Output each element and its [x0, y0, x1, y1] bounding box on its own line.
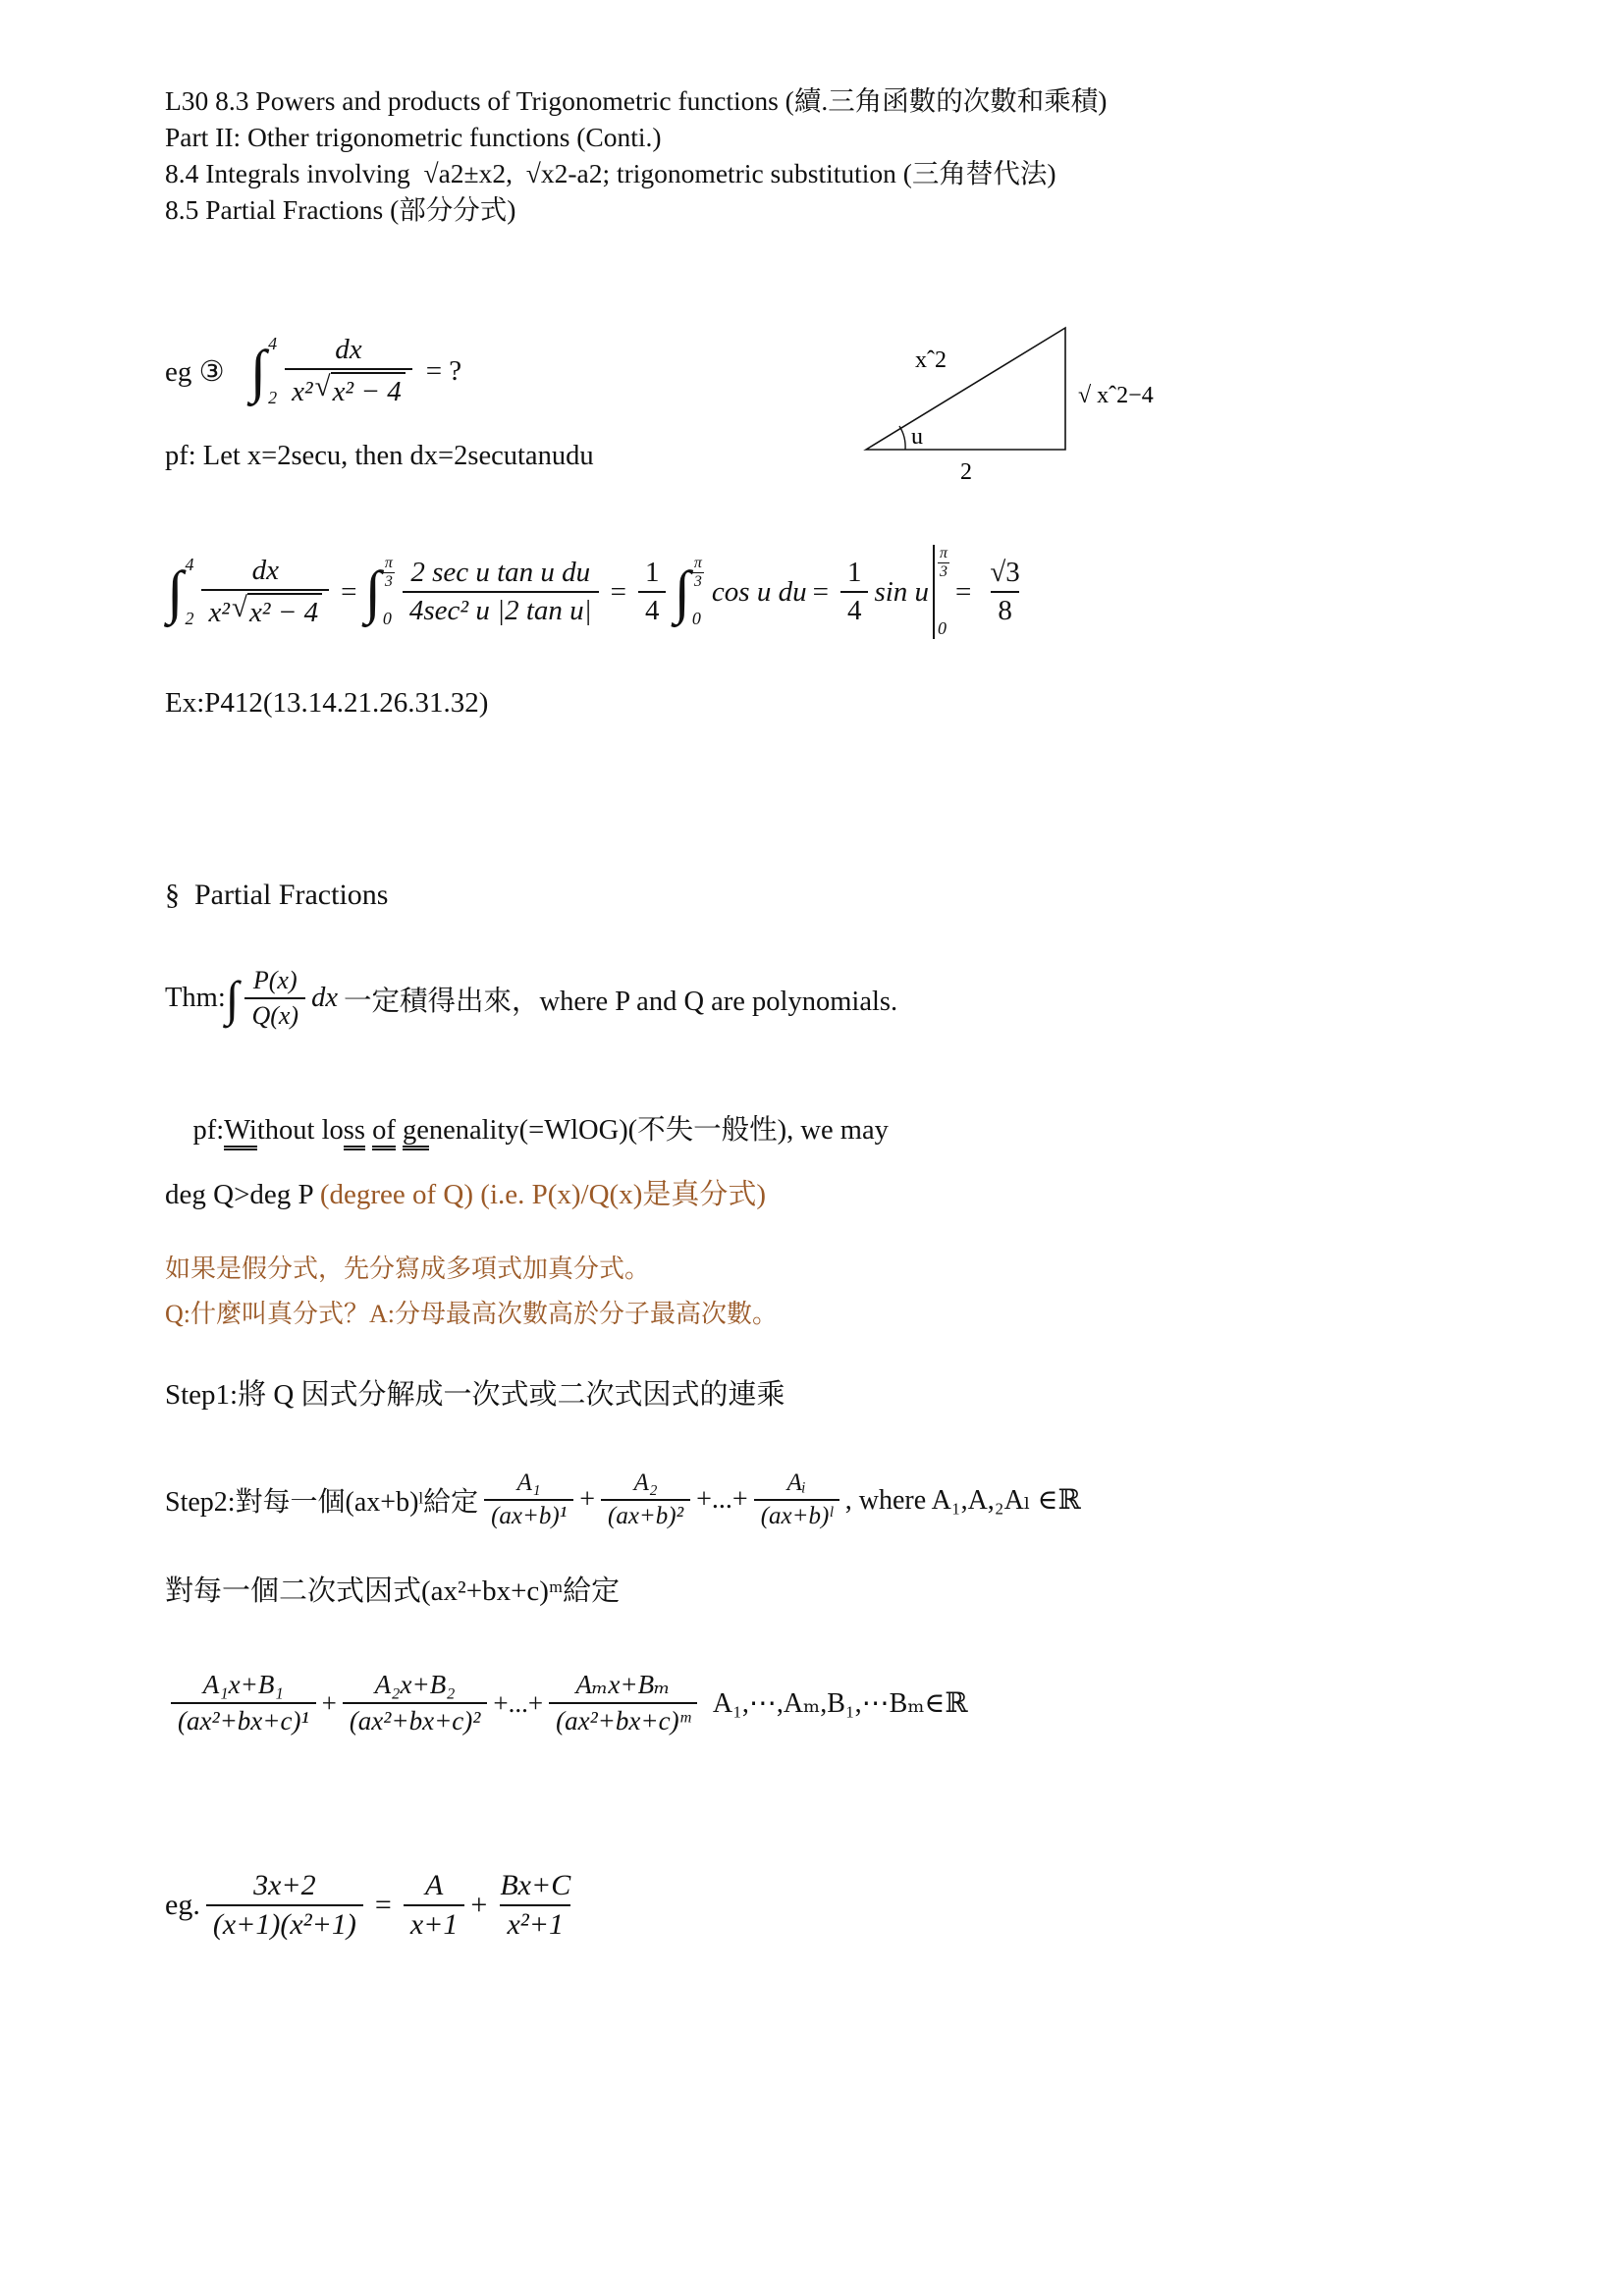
- numerator: A₁: [511, 1469, 548, 1499]
- pi: π: [940, 545, 947, 562]
- denominator: (ax²+bx+c)ᵐ: [549, 1702, 697, 1736]
- numerator: √3: [983, 557, 1026, 591]
- lower-eval-limit: 0: [938, 618, 949, 639]
- numerator: 2 sec u tan u du: [404, 557, 597, 591]
- numerator: dx: [245, 555, 286, 589]
- upper-limit: 4: [185, 555, 193, 575]
- wlog-underlined: ss: [344, 1115, 365, 1150]
- degree-condition: deg Q>deg P: [165, 1179, 320, 1210]
- opposite-side-label: √ xˆ2−4: [1078, 383, 1154, 408]
- upper-limit-pi-over-3: π 3: [692, 555, 704, 590]
- denominator: 4: [840, 591, 869, 627]
- wlog-underlined: ge: [403, 1115, 429, 1150]
- denominator: Q(x): [244, 997, 305, 1031]
- note-improper-fraction: 如果是假分式，先分寫成多項式加真分式。: [165, 1249, 650, 1285]
- note-proper-fraction-definition: Q:什麼叫真分式？A:分母最高次數高於分子最高次數。: [165, 1294, 778, 1330]
- wlog-seg: thout lo: [257, 1115, 344, 1146]
- lhs-fraction: dx x² √ x² − 4: [201, 555, 329, 629]
- denominator: (ax²+bx+c)¹: [171, 1702, 316, 1736]
- integral-sign: ∫ 4 2: [250, 334, 277, 408]
- reference-triangle-diagram: xˆ2 u 2 √ xˆ2−4: [854, 306, 1188, 488]
- second-partial-term: Bx+C x²+1: [493, 1869, 577, 1942]
- integral-lower-limit: 2: [268, 388, 277, 408]
- equals: =: [341, 576, 356, 609]
- partial-term-2: A₂ (ax+b)²: [601, 1469, 690, 1530]
- integral-sign: ∫ 4 2: [167, 555, 193, 629]
- evaluation-bar: π 3 0: [933, 545, 949, 639]
- quad-term-2: A₂x+B₂ (ax²+bx+c)²: [343, 1670, 488, 1736]
- first-partial-term: A x+1: [404, 1869, 465, 1942]
- denominator-prefix: x²: [208, 597, 230, 629]
- quad-term-last: Aₘx+Bₘ (ax²+bx+c)ᵐ: [549, 1670, 697, 1736]
- upper-limit-pi-over-3: π 3: [383, 555, 395, 590]
- cos-term: cos u du: [712, 576, 807, 609]
- header-line-2: Part II: Other trigonometric functions (…: [165, 119, 1441, 155]
- integral-sign: ∫: [226, 978, 240, 1020]
- numerator: 1: [840, 557, 869, 591]
- theorem-line: Thm: ∫ P(x) Q(x) dx 一定積得出來，where P and Q…: [165, 954, 897, 1042]
- numerator: Aᵢ: [781, 1469, 813, 1499]
- plus-ellipsis: +...+: [696, 1484, 748, 1516]
- example-label: eg.: [165, 1889, 200, 1922]
- example3-label: eg ③: [165, 354, 225, 389]
- header-block: L30 8.3 Powers and products of Trigonome…: [165, 82, 1441, 228]
- one-quarter-fraction: 1 4: [840, 557, 869, 627]
- radical-sign: √: [315, 373, 331, 401]
- equals: =: [955, 576, 971, 609]
- wlog-line: pf:Without loss of genenality(=WlOG)(不失一…: [165, 1076, 889, 1179]
- one-quarter-fraction: 1 4: [638, 557, 667, 627]
- dx-term: dx: [311, 983, 338, 1014]
- fraction-numerator: dx: [328, 334, 368, 368]
- header-line-1: L30 8.3 Powers and products of Trigonome…: [165, 82, 1441, 119]
- denominator: (ax²+bx+c)²: [343, 1702, 488, 1736]
- hypotenuse-label: xˆ2: [915, 347, 947, 373]
- substituted-fraction: 2 sec u tan u du 4sec² u |2 tan u|: [403, 557, 599, 627]
- radicand: x² − 4: [247, 593, 322, 629]
- plus-ellipsis: +...+: [493, 1688, 543, 1719]
- pi: π: [694, 555, 702, 572]
- result-fraction: √3 8: [983, 557, 1026, 627]
- plus: +: [579, 1484, 595, 1516]
- denominator-prefix: x²: [292, 376, 313, 408]
- denominator: x+1: [404, 1904, 465, 1942]
- denominator: (ax+b)¹: [484, 1499, 573, 1530]
- wlog-seg: nenality(=WlOG)(不失一般性), we may: [429, 1115, 889, 1146]
- proof-substitution-line: pf: Let x=2secu, then dx=2secutanudu: [165, 438, 594, 474]
- original-fraction: 3x+2 (x+1)(x²+1): [206, 1869, 363, 1942]
- lower-limit: 0: [383, 609, 395, 629]
- wlog-seg: [396, 1115, 403, 1146]
- denominator: 4: [638, 591, 667, 627]
- numerator: A₂: [627, 1469, 665, 1499]
- numerator: Bx+C: [493, 1869, 577, 1904]
- three: 3: [383, 572, 395, 591]
- step1-line: Step1:將 Q 因式分解成一次式或二次式因式的連乘: [165, 1372, 785, 1413]
- three: 3: [938, 562, 949, 581]
- wlog-seg: pf:: [193, 1115, 225, 1146]
- vertical-bar: [933, 545, 935, 639]
- denominator: 8: [991, 591, 1019, 627]
- radicand: x² − 4: [331, 372, 406, 408]
- numerator: A₁x+B₁: [196, 1670, 291, 1702]
- degree-condition-line: deg Q>deg P (degree of Q) (i.e. P(x)/Q(x…: [165, 1172, 766, 1212]
- quadratic-factor-intro: 對每一個二次式因式(ax²+bx+c)ᵐ給定: [165, 1569, 620, 1609]
- plus: +: [322, 1688, 337, 1719]
- sqrt-expression: √ x² − 4: [232, 593, 322, 629]
- quadratic-partial-fraction-formula: A₁x+B₁ (ax²+bx+c)¹ + A₂x+B₂ (ax²+bx+c)² …: [165, 1649, 968, 1757]
- numerator: A₂x+B₂: [368, 1670, 462, 1702]
- partial-term-last: Aᵢ (ax+b)ˡ: [754, 1469, 839, 1530]
- header-line-4: 8.5 Partial Fractions (部分分式): [165, 191, 1441, 228]
- numerator: P(x): [246, 966, 304, 997]
- equals-question: = ?: [426, 355, 461, 388]
- pi: π: [385, 555, 393, 572]
- main-equation: ∫ 4 2 dx x² √ x² − 4 = ∫ π 3: [165, 528, 1033, 656]
- base-label: 2: [960, 459, 972, 485]
- lower-limit: 0: [692, 609, 704, 629]
- theorem-statement: 一定積得出來，where P and Q are polynomials.: [344, 979, 897, 1019]
- integrand-fraction: dx x² √ x² − 4: [285, 334, 412, 408]
- wlog-seg: [365, 1115, 372, 1146]
- partial-term-1: A₁ (ax+b)¹: [484, 1469, 573, 1530]
- example3-formula: eg ③ ∫ 4 2 dx x² √ x² − 4 = ?: [165, 322, 461, 420]
- denominator: (ax+b)ˡ: [754, 1499, 839, 1530]
- step2-formula: Step2:對每一個(ax+b)ˡ給定 A₁ (ax+b)¹ + A₂ (ax+…: [165, 1451, 1081, 1549]
- denominator: (x+1)(x²+1): [206, 1904, 363, 1942]
- step2-suffix: , where A₁,A,₂Aₗ ∈ℝ: [845, 1483, 1081, 1517]
- example-decomposition: eg. 3x+2 (x+1)(x²+1) = A x+1 + Bx+C x²+1: [165, 1851, 583, 1959]
- sqrt-expression: √ x² − 4: [315, 372, 406, 408]
- integral-upper-limit: 4: [268, 334, 277, 354]
- numerator: 3x+2: [246, 1869, 323, 1904]
- denominator: 4sec² u |2 tan u|: [403, 591, 599, 627]
- equals: =: [611, 576, 626, 609]
- degree-annotation: (degree of Q) (i.e. P(x)/Q(x)是真分式): [320, 1179, 766, 1210]
- triangle-shape: [866, 328, 1065, 450]
- sin-term: sin u: [874, 576, 929, 609]
- exercise-reference: Ex:P412(13.14.21.26.31.32): [165, 685, 488, 721]
- wlog-underlined: Wi: [224, 1115, 257, 1150]
- numerator: 1: [638, 557, 667, 591]
- upper-eval-limit: π 3: [938, 545, 949, 580]
- coefficients-domain: A₁,⋯,Aₘ,B₁,⋯Bₘ∈ℝ: [713, 1686, 968, 1720]
- quad-term-1: A₁x+B₁ (ax²+bx+c)¹: [171, 1670, 316, 1736]
- step2-prefix: Step2:對每一個(ax+b)ˡ給定: [165, 1480, 478, 1520]
- denominator: x²+1: [500, 1904, 570, 1942]
- lower-limit: 2: [185, 609, 193, 629]
- radical-sign: √: [232, 594, 247, 622]
- header-line-3: 8.4 Integrals involving √a2±x2, √x2-a2; …: [165, 155, 1441, 191]
- numerator: A: [418, 1869, 450, 1904]
- wlog-underlined: of: [372, 1115, 396, 1150]
- three: 3: [692, 572, 704, 591]
- equals: =: [813, 576, 829, 609]
- section-title: § Partial Fractions: [165, 877, 388, 913]
- numerator: Aₘx+Bₘ: [568, 1670, 677, 1702]
- pq-fraction: P(x) Q(x): [244, 966, 305, 1031]
- angle-label: u: [911, 424, 923, 450]
- equals: =: [375, 1889, 392, 1922]
- theorem-prefix: Thm:: [165, 983, 226, 1014]
- plus: +: [470, 1889, 487, 1922]
- lecture-notes-page: L30 8.3 Powers and products of Trigonome…: [0, 0, 1624, 2296]
- integral-sign: ∫ π 3 0: [364, 555, 394, 629]
- integral-sign: ∫ π 3 0: [674, 555, 703, 629]
- denominator: (ax+b)²: [601, 1499, 690, 1530]
